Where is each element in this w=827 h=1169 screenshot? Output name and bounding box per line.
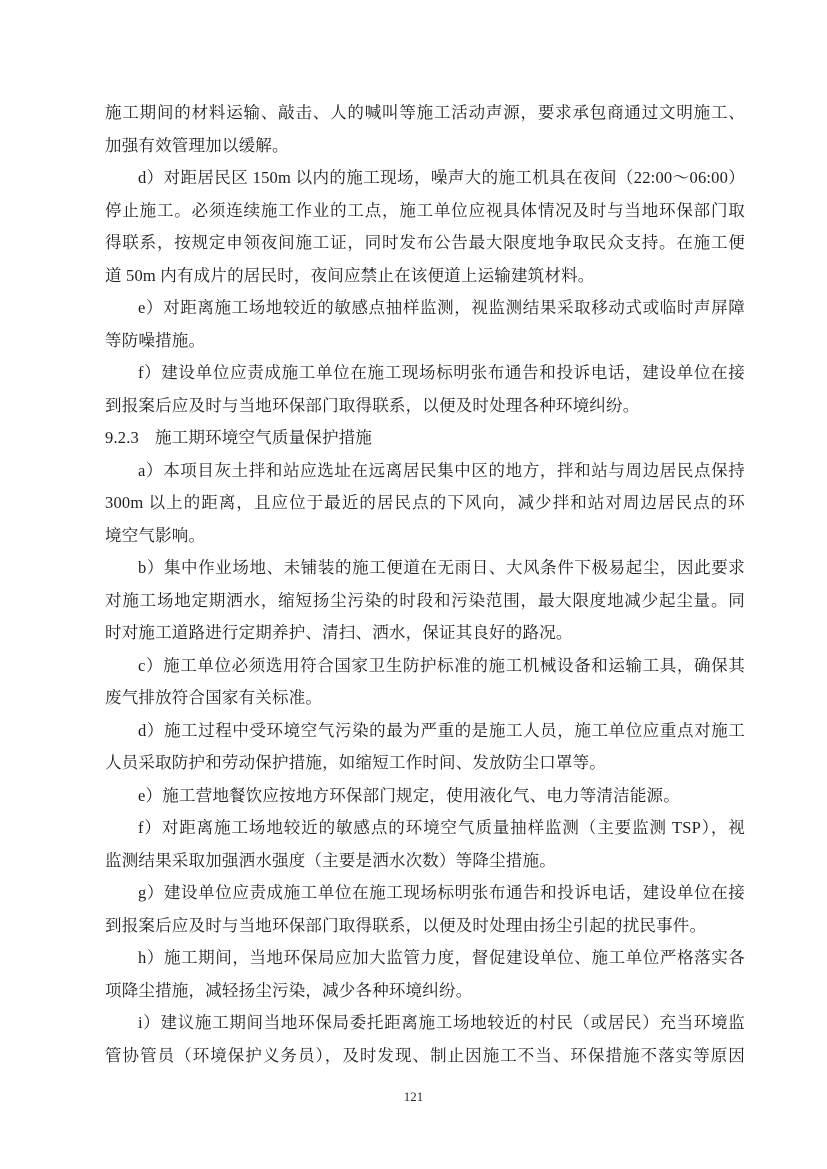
section-number: 9.2.3 bbox=[105, 428, 139, 447]
text-block: 施工期间的材料运输、敲击、人的喊叫等施工活动声源，要求承包商通过文明施工、加强有… bbox=[105, 97, 745, 1072]
text-line: 管协管员（环境保护义务员），及时发现、制止因施工不当、环保措施不落实等原因 bbox=[105, 1040, 745, 1073]
text-line: 监测结果采取加强洒水强度（主要是洒水次数）等降尘措施。 bbox=[105, 845, 745, 878]
text-line: g）建设单位应责成施工单位在施工现场标明张布通告和投诉电话，建设单位在接 bbox=[105, 877, 745, 910]
text-line: f）对距离施工场地较近的敏感点的环境空气质量抽样监测（主要监测 TSP），视 bbox=[105, 812, 745, 845]
text-line: f）建设单位应责成施工单位在施工现场标明张布通告和投诉电话，建设单位在接 bbox=[105, 357, 745, 390]
text-line: i）建议施工期间当地环保局委托距离施工场地较近的村民（或居民）充当环境监 bbox=[105, 1007, 745, 1040]
text-line: 时对施工道路进行定期养护、清扫、洒水，保证其良好的路况。 bbox=[105, 617, 745, 650]
text-line: c）施工单位必须选用符合国家卫生防护标准的施工机械设备和运输工具，确保其 bbox=[105, 650, 745, 683]
page-number: 121 bbox=[0, 1089, 827, 1105]
text-line: 人员采取防护和劳动保护措施，如缩短工作时间、发放防尘口罩等。 bbox=[105, 747, 745, 780]
text-line: d）对距居民区 150m 以内的施工现场，噪声大的施工机具在夜间（22:00～0… bbox=[105, 162, 745, 195]
text-line: 300m 以上的距离，且应位于最近的居民点的下风向，减少拌和站对周边居民点的环 bbox=[105, 487, 745, 520]
text-line: 境空气影响。 bbox=[105, 520, 745, 553]
text-line: a）本项目灰土拌和站应选址在远离居民集中区的地方，拌和站与周边居民点保持 bbox=[105, 455, 745, 488]
text-line: e）施工营地餐饮应按地方环保部门规定，使用液化气、电力等清洁能源。 bbox=[105, 780, 745, 813]
text-line: 施工期间的材料运输、敲击、人的喊叫等施工活动声源，要求承包商通过文明施工、 bbox=[105, 97, 745, 130]
text-line: b）集中作业场地、未铺装的施工便道在无雨日、大风条件下极易起尘，因此要求 bbox=[105, 552, 745, 585]
text-line: 等防噪措施。 bbox=[105, 325, 745, 358]
text-line: 到报案后应及时与当地环保部门取得联系，以便及时处理各种环境纠纷。 bbox=[105, 390, 745, 423]
document-page: 施工期间的材料运输、敲击、人的喊叫等施工活动声源，要求承包商通过文明施工、加强有… bbox=[0, 0, 827, 1169]
section-heading: 9.2.3施工期环境空气质量保护措施 bbox=[105, 422, 745, 455]
text-line: 对施工场地定期洒水，缩短扬尘污染的时段和污染范围，最大限度地减少起尘量。同 bbox=[105, 585, 745, 618]
text-line: 得联系，按规定申领夜间施工证，同时发布公告最大限度地争取民众支持。在施工便 bbox=[105, 227, 745, 260]
text-line: d）施工过程中受环境空气污染的最为严重的是施工人员，施工单位应重点对施工 bbox=[105, 715, 745, 748]
text-line: 停止施工。必须连续施工作业的工点，施工单位应视具体情况及时与当地环保部门取 bbox=[105, 195, 745, 228]
text-line: 道 50m 内有成片的居民时，夜间应禁止在该便道上运输建筑材料。 bbox=[105, 260, 745, 293]
text-line: 到报案后应及时与当地环保部门取得联系，以便及时处理由扬尘引起的扰民事件。 bbox=[105, 910, 745, 943]
text-line: 项降尘措施，减轻扬尘污染，减少各种环境纠纷。 bbox=[105, 975, 745, 1008]
text-line: h）施工期间，当地环保局应加大监管力度，督促建设单位、施工单位严格落实各 bbox=[105, 942, 745, 975]
text-line: e）对距离施工场地较近的敏感点抽样监测，视监测结果采取移动式或临时声屏障 bbox=[105, 292, 745, 325]
text-line: 废气排放符合国家有关标准。 bbox=[105, 682, 745, 715]
text-line: 加强有效管理加以缓解。 bbox=[105, 130, 745, 163]
section-title: 施工期环境空气质量保护措施 bbox=[155, 428, 372, 447]
